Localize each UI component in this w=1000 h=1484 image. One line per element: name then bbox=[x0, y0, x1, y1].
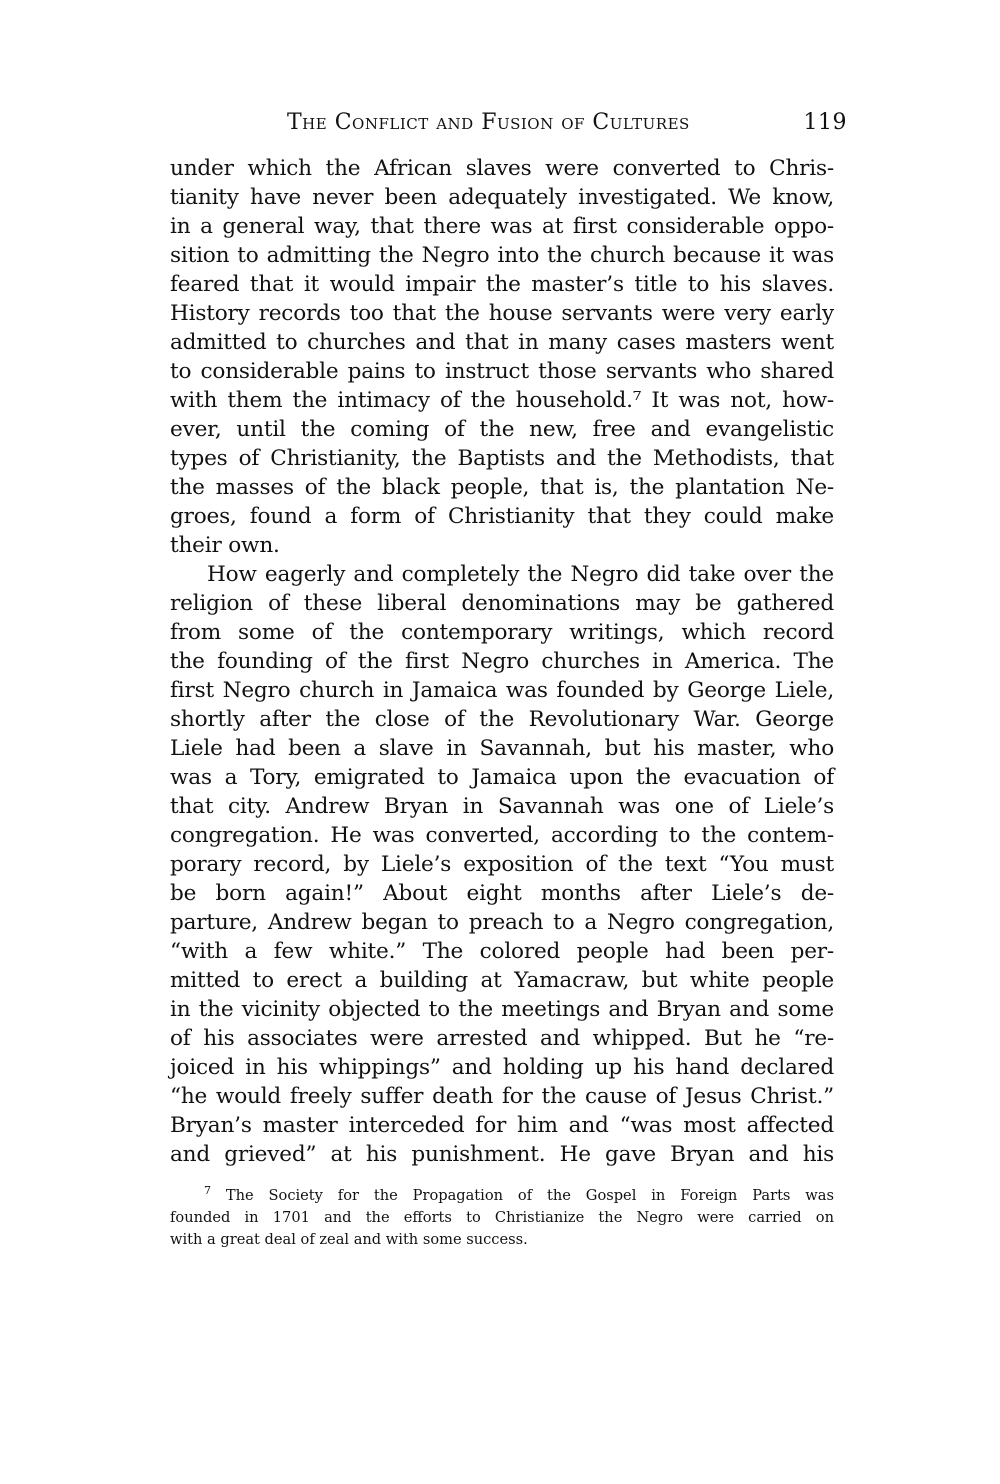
text-line: and grieved” at his punishment. He gave … bbox=[170, 1140, 834, 1169]
text-line: joiced in his whippings” and holding up … bbox=[170, 1053, 834, 1082]
text-line: first Negro church in Jamaica was founde… bbox=[170, 676, 834, 705]
text-line: the masses of the black people, that is,… bbox=[170, 473, 834, 502]
text-line: from some of the contemporary writings, … bbox=[170, 618, 834, 647]
text-line: admitted to churches and that in many ca… bbox=[170, 328, 834, 357]
footnote-text: The Society for the Propagation of the G… bbox=[226, 1187, 834, 1204]
text-line: ever, until the coming of the new, free … bbox=[170, 415, 834, 444]
text-line: that city. Andrew Bryan in Savannah was … bbox=[170, 792, 834, 821]
text-line: Bryan’s master interceded for him and “w… bbox=[170, 1111, 834, 1140]
text-line: under which the African slaves were conv… bbox=[170, 154, 834, 183]
text-line: mitted to erect a building at Yamacraw, … bbox=[170, 966, 834, 995]
text-line: in a general way, that there was at firs… bbox=[170, 212, 834, 241]
text-line: tianity have never been adequately inves… bbox=[170, 183, 834, 212]
text-line: parture, Andrew began to preach to a Neg… bbox=[170, 908, 834, 937]
text-line: History records too that the house serva… bbox=[170, 299, 834, 328]
text-line: religion of these liberal denominations … bbox=[170, 589, 834, 618]
text-line: “with a few white.” The colored people h… bbox=[170, 937, 834, 966]
text-line: feared that it would impair the master’s… bbox=[170, 270, 834, 299]
text-line-footnote-ref: with them the intimacy of the household.… bbox=[170, 386, 834, 415]
text-line: Liele had been a slave in Savannah, but … bbox=[170, 734, 834, 763]
running-header: The Conflict and Fusion of Cultures 119 bbox=[287, 110, 847, 140]
text-line: groes, found a form of Christianity that… bbox=[170, 502, 834, 531]
running-title: The Conflict and Fusion of Cultures bbox=[287, 110, 690, 135]
footnote-line: founded in 1701 and the efforts to Chris… bbox=[170, 1207, 834, 1229]
paragraph-end-line: their own. bbox=[170, 531, 834, 560]
footnote: 7 The Society for the Propagation of the… bbox=[170, 1185, 834, 1251]
paragraph-start-line: How eagerly and completely the Negro did… bbox=[170, 560, 834, 589]
text-line: to considerable pains to instruct those … bbox=[170, 357, 834, 386]
footnote-line: 7 The Society for the Propagation of the… bbox=[170, 1185, 834, 1207]
body-text: under which the African slaves were conv… bbox=[170, 154, 834, 1169]
text-line: of his associates were arrested and whip… bbox=[170, 1024, 834, 1053]
text-line: the founding of the first Negro churches… bbox=[170, 647, 834, 676]
book-page: The Conflict and Fusion of Cultures 119 … bbox=[0, 0, 1000, 1484]
text-line: “he would freely suffer death for the ca… bbox=[170, 1082, 834, 1111]
footnote-marker: 7 bbox=[204, 1184, 211, 1197]
text-line: shortly after the close of the Revolutio… bbox=[170, 705, 834, 734]
text-line: was a Tory, emigrated to Jamaica upon th… bbox=[170, 763, 834, 792]
text-line: types of Christianity, the Baptists and … bbox=[170, 444, 834, 473]
text-line: sition to admitting the Negro into the c… bbox=[170, 241, 834, 270]
text-line: in the vicinity objected to the meetings… bbox=[170, 995, 834, 1024]
footnote-line: with a great deal of zeal and with some … bbox=[170, 1229, 834, 1251]
text-line: congregation. He was converted, accordin… bbox=[170, 821, 834, 850]
text-line: be born again!” About eight months after… bbox=[170, 879, 834, 908]
page-number: 119 bbox=[804, 110, 848, 135]
text-line: porary record, by Liele’s exposition of … bbox=[170, 850, 834, 879]
